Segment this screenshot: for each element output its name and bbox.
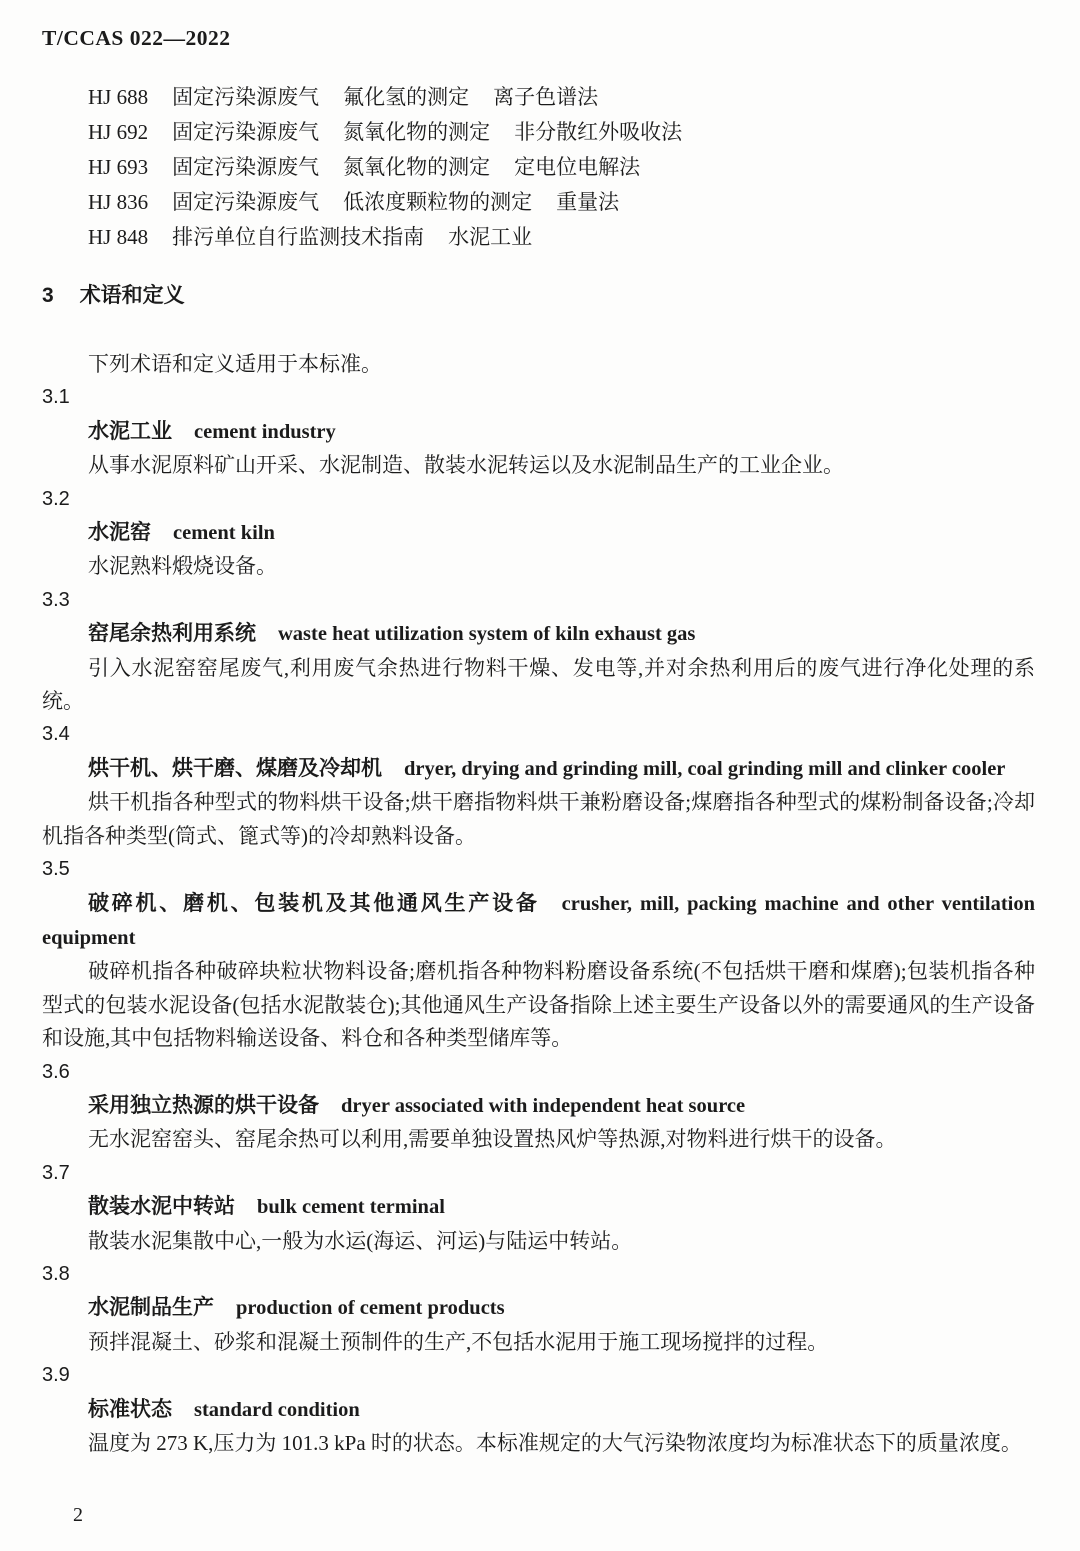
- reference-segment: 固定污染源废气: [172, 150, 319, 185]
- term-number: 3.6: [42, 1056, 1035, 1089]
- reference-row: HJ 836 固定污染源废气 低浓度颗粒物的测定 重量法: [88, 185, 1035, 220]
- reference-segment: 氮氧化物的测定: [343, 150, 490, 185]
- term-title-en: bulk cement terminal: [257, 1196, 445, 1218]
- term-title: 水泥工业cement industry: [42, 415, 1035, 449]
- reference-segment: 非分散红外吸收法: [514, 115, 682, 150]
- term-title: 采用独立热源的烘干设备dryer associated with indepen…: [42, 1089, 1035, 1123]
- term-number: 3.9: [42, 1359, 1035, 1392]
- term-title: 散装水泥中转站bulk cement terminal: [42, 1190, 1035, 1224]
- term-definition: 烘干机指各种型式的物料烘干设备;烘干磨指物料烘干兼粉磨设备;煤磨指各种型式的煤粉…: [42, 786, 1035, 853]
- term-number: 3.2: [42, 483, 1035, 516]
- term-title: 标准状态standard condition: [42, 1393, 1035, 1427]
- term-definition: 无水泥窑窑头、窑尾余热可以利用,需要单独设置热风炉等热源,对物料进行烘干的设备。: [42, 1123, 1035, 1156]
- reference-segment: 固定污染源废气: [172, 185, 319, 220]
- term-title-zh: 水泥窑: [88, 521, 151, 544]
- term-title-en: cement industry: [194, 421, 336, 443]
- term-block: 3.4 烘干机、烘干磨、煤磨及冷却机dryer, drying and grin…: [42, 718, 1035, 853]
- term-definition: 预拌混凝土、砂浆和混凝土预制件的生产,不包括水泥用于施工现场搅拌的过程。: [42, 1326, 1035, 1359]
- term-block: 3.5 破碎机、磨机、包装机及其他通风生产设备crusher, mill, pa…: [42, 853, 1035, 1055]
- term-definition: 引入水泥窑窑尾废气,利用废气余热进行物料干燥、发电等,并对余热利用后的废气进行净…: [42, 652, 1035, 719]
- term-title: 烘干机、烘干磨、煤磨及冷却机dryer, drying and grinding…: [42, 752, 1035, 786]
- reference-segment: 氟化氢的测定: [343, 80, 469, 115]
- term-definition: 散装水泥集散中心,一般为水运(海运、河运)与陆运中转站。: [42, 1225, 1035, 1258]
- term-definition: 温度为 273 K,压力为 101.3 kPa 时的状态。本标准规定的大气污染物…: [42, 1427, 1035, 1460]
- term-definition: 从事水泥原料矿山开采、水泥制造、散装水泥转运以及水泥制品生产的工业企业。: [42, 449, 1035, 482]
- term-title: 水泥窑cement kiln: [42, 516, 1035, 550]
- term-block: 3.9 标准状态standard condition 温度为 273 K,压力为…: [42, 1359, 1035, 1460]
- term-number: 3.1: [42, 381, 1035, 414]
- term-title: 破碎机、磨机、包装机及其他通风生产设备crusher, mill, packin…: [42, 887, 1035, 956]
- section-intro: 下列术语和定义适用于本标准。: [42, 348, 1035, 381]
- term-definition: 破碎机指各种破碎块粒状物料设备;磨机指各种物料粉磨设备系统(不包括烘干磨和煤磨)…: [42, 955, 1035, 1055]
- doc-code: T/CCAS 022—2022: [42, 24, 1035, 52]
- reference-segment: 水泥工业: [448, 220, 532, 255]
- term-number: 3.7: [42, 1157, 1035, 1190]
- term-title-zh: 破碎机、磨机、包装机及其他通风生产设备: [88, 892, 540, 915]
- term-block: 3.3 窑尾余热利用系统waste heat utilization syste…: [42, 584, 1035, 719]
- term-title: 水泥制品生产production of cement products: [42, 1291, 1035, 1325]
- term-title-zh: 窑尾余热利用系统: [88, 622, 256, 645]
- reference-code: HJ 836: [88, 185, 148, 220]
- term-title-zh: 采用独立热源的烘干设备: [88, 1094, 319, 1117]
- term-title-zh: 标准状态: [88, 1398, 172, 1421]
- term-block: 3.2 水泥窑cement kiln 水泥熟料煅烧设备。: [42, 483, 1035, 584]
- reference-segment: 固定污染源废气: [172, 80, 319, 115]
- term-number: 3.5: [42, 853, 1035, 886]
- term-title-en: dryer, drying and grinding mill, coal gr…: [404, 758, 1005, 780]
- term-block: 3.7 散装水泥中转站bulk cement terminal 散装水泥集散中心…: [42, 1157, 1035, 1258]
- reference-code: HJ 848: [88, 220, 148, 255]
- term-title-en: dryer associated with independent heat s…: [341, 1095, 745, 1117]
- terms-list: 3.1 水泥工业cement industry 从事水泥原料矿山开采、水泥制造、…: [42, 381, 1035, 1460]
- reference-code: HJ 688: [88, 80, 148, 115]
- reference-code: HJ 692: [88, 115, 148, 150]
- reference-code: HJ 693: [88, 150, 148, 185]
- section-title: 术语和定义: [80, 284, 185, 307]
- reference-row: HJ 692 固定污染源废气 氮氧化物的测定 非分散红外吸收法: [88, 115, 1035, 150]
- reference-segment: 低浓度颗粒物的测定: [343, 185, 532, 220]
- term-number: 3.3: [42, 584, 1035, 617]
- term-number: 3.8: [42, 1258, 1035, 1291]
- term-block: 3.6 采用独立热源的烘干设备dryer associated with ind…: [42, 1056, 1035, 1157]
- document-page: T/CCAS 022—2022 HJ 688 固定污染源废气 氟化氢的测定 离子…: [0, 0, 1080, 1551]
- term-title-zh: 水泥工业: [88, 420, 172, 443]
- reference-segment: 固定污染源废气: [172, 115, 319, 150]
- reference-segment: 离子色谱法: [493, 80, 598, 115]
- reference-row: HJ 848 排污单位自行监测技术指南 水泥工业: [88, 220, 1035, 255]
- term-title-zh: 烘干机、烘干磨、煤磨及冷却机: [88, 757, 382, 780]
- term-title: 窑尾余热利用系统waste heat utilization system of…: [42, 617, 1035, 651]
- reference-segment: 定电位电解法: [514, 150, 640, 185]
- reference-row: HJ 688 固定污染源废气 氟化氢的测定 离子色谱法: [88, 80, 1035, 115]
- term-title-en: standard condition: [194, 1399, 360, 1421]
- references-list: HJ 688 固定污染源废气 氟化氢的测定 离子色谱法 HJ 692 固定污染源…: [88, 80, 1035, 255]
- reference-segment: 重量法: [556, 185, 619, 220]
- term-block: 3.8 水泥制品生产production of cement products …: [42, 1258, 1035, 1359]
- term-title-en: production of cement products: [236, 1297, 505, 1319]
- section-number: 3: [42, 284, 54, 307]
- reference-row: HJ 693 固定污染源废气 氮氧化物的测定 定电位电解法: [88, 150, 1035, 185]
- reference-segment: 氮氧化物的测定: [343, 115, 490, 150]
- term-definition: 水泥熟料煅烧设备。: [42, 550, 1035, 583]
- term-title-en: waste heat utilization system of kiln ex…: [278, 623, 695, 645]
- reference-segment: 排污单位自行监测技术指南: [172, 220, 424, 255]
- term-title-zh: 水泥制品生产: [88, 1296, 214, 1319]
- section-heading: 3术语和定义: [42, 281, 1035, 311]
- term-number: 3.4: [42, 718, 1035, 751]
- page-number: 2: [73, 1504, 83, 1527]
- term-block: 3.1 水泥工业cement industry 从事水泥原料矿山开采、水泥制造、…: [42, 381, 1035, 482]
- term-title-zh: 散装水泥中转站: [88, 1195, 235, 1218]
- term-title-en: cement kiln: [173, 522, 275, 544]
